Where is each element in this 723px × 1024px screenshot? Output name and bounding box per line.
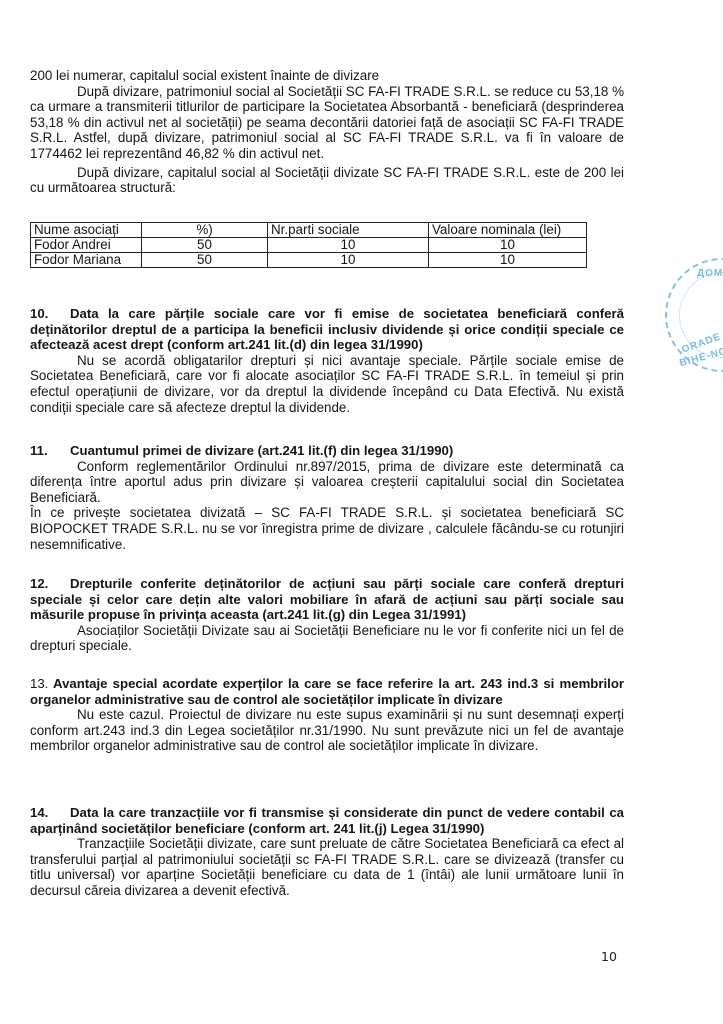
table-cell: 10 (268, 253, 429, 268)
table-cell: 10 (429, 253, 587, 268)
section-heading: 13. Avantaje special acordate experților… (30, 676, 624, 707)
section-12: 12.Drepturile conferite deținătorilor de… (30, 576, 624, 654)
section-number: 12. (30, 576, 70, 592)
table-cell: 10 (268, 238, 429, 253)
section-heading-text: Data la care tranzacțiile vor fi transmi… (30, 805, 624, 836)
section-body: Conform reglementărilor Ordinului nr.897… (30, 459, 624, 506)
table-header-cell: Nr.parti sociale (268, 223, 429, 238)
table-header-cell: Nume asociați (31, 223, 142, 238)
section-10: 10.Data la care părțile sociale care vor… (30, 306, 624, 415)
section-11: 11.Cuantumul primei de divizare (art.241… (30, 443, 624, 552)
section-heading-text: Cuantumul primei de divizare (art.241 li… (70, 443, 453, 458)
section-heading: 14.Data la care tranzacțiile vor fi tran… (30, 805, 624, 836)
section-heading: 10.Data la care părțile sociale care vor… (30, 306, 624, 353)
section-heading-text: Data la care părțile sociale care vor fi… (30, 306, 624, 352)
table-header-cell: %) (142, 223, 268, 238)
table-cell: Fodor Mariana (31, 253, 142, 268)
table-cell: 10 (429, 238, 587, 253)
table-cell: 50 (142, 238, 268, 253)
section-body: Nu se acordă obligatarilor drepturi și n… (30, 353, 624, 415)
document-page: 200 lei numerar, capitalul social existe… (0, 0, 723, 1024)
intro-paragraph-1: După divizare, patrimoniul social al Soc… (30, 84, 624, 162)
section-heading: 12.Drepturile conferite deținătorilor de… (30, 576, 624, 623)
section-13: 13. Avantaje special acordate experților… (30, 676, 624, 754)
table-row: Fodor Mariana 50 10 10 (31, 253, 587, 268)
section-number: 13. (30, 676, 48, 691)
section-number: 10. (30, 306, 70, 322)
section-number: 11. (30, 443, 70, 459)
associates-table: Nume asociați %) Nr.parti sociale Valoar… (30, 222, 587, 268)
section-14: 14.Data la care tranzacțiile vor fi tran… (30, 805, 624, 899)
page-number: 10 (601, 949, 617, 964)
stamp-text-top: ДОМ (697, 268, 723, 279)
section-heading-text: Avantaje special acordate experților la … (30, 676, 624, 707)
table-header-row: Nume asociați %) Nr.parti sociale Valoar… (31, 223, 587, 238)
section-body: Nu este cazul. Proiectul de divizare nu … (30, 707, 624, 754)
table-cell: 50 (142, 253, 268, 268)
section-body: Tranzacțiile Societății divizate, care s… (30, 836, 624, 898)
section-number: 14. (30, 805, 70, 821)
section-body: Asociaților Societății Divizate sau ai S… (30, 623, 624, 654)
table-cell: Fodor Andrei (31, 238, 142, 253)
section-heading: 11.Cuantumul primei de divizare (art.241… (30, 443, 624, 459)
intro-paragraph-2: După divizare, capitalul social al Socie… (30, 165, 624, 196)
section-body-2: În ce privește societatea divizată – SC … (30, 505, 624, 552)
section-heading-text: Drepturile conferite deținătorilor de ac… (30, 576, 624, 622)
official-stamp: ДОМ ORADE ВІНЕ-NC (665, 258, 723, 372)
table-header-cell: Valoare nominala (lei) (429, 223, 587, 238)
intro-block: 200 lei numerar, capitalul social existe… (30, 68, 624, 196)
table-row: Fodor Andrei 50 10 10 (31, 238, 587, 253)
intro-line: 200 lei numerar, capitalul social existe… (30, 68, 624, 84)
